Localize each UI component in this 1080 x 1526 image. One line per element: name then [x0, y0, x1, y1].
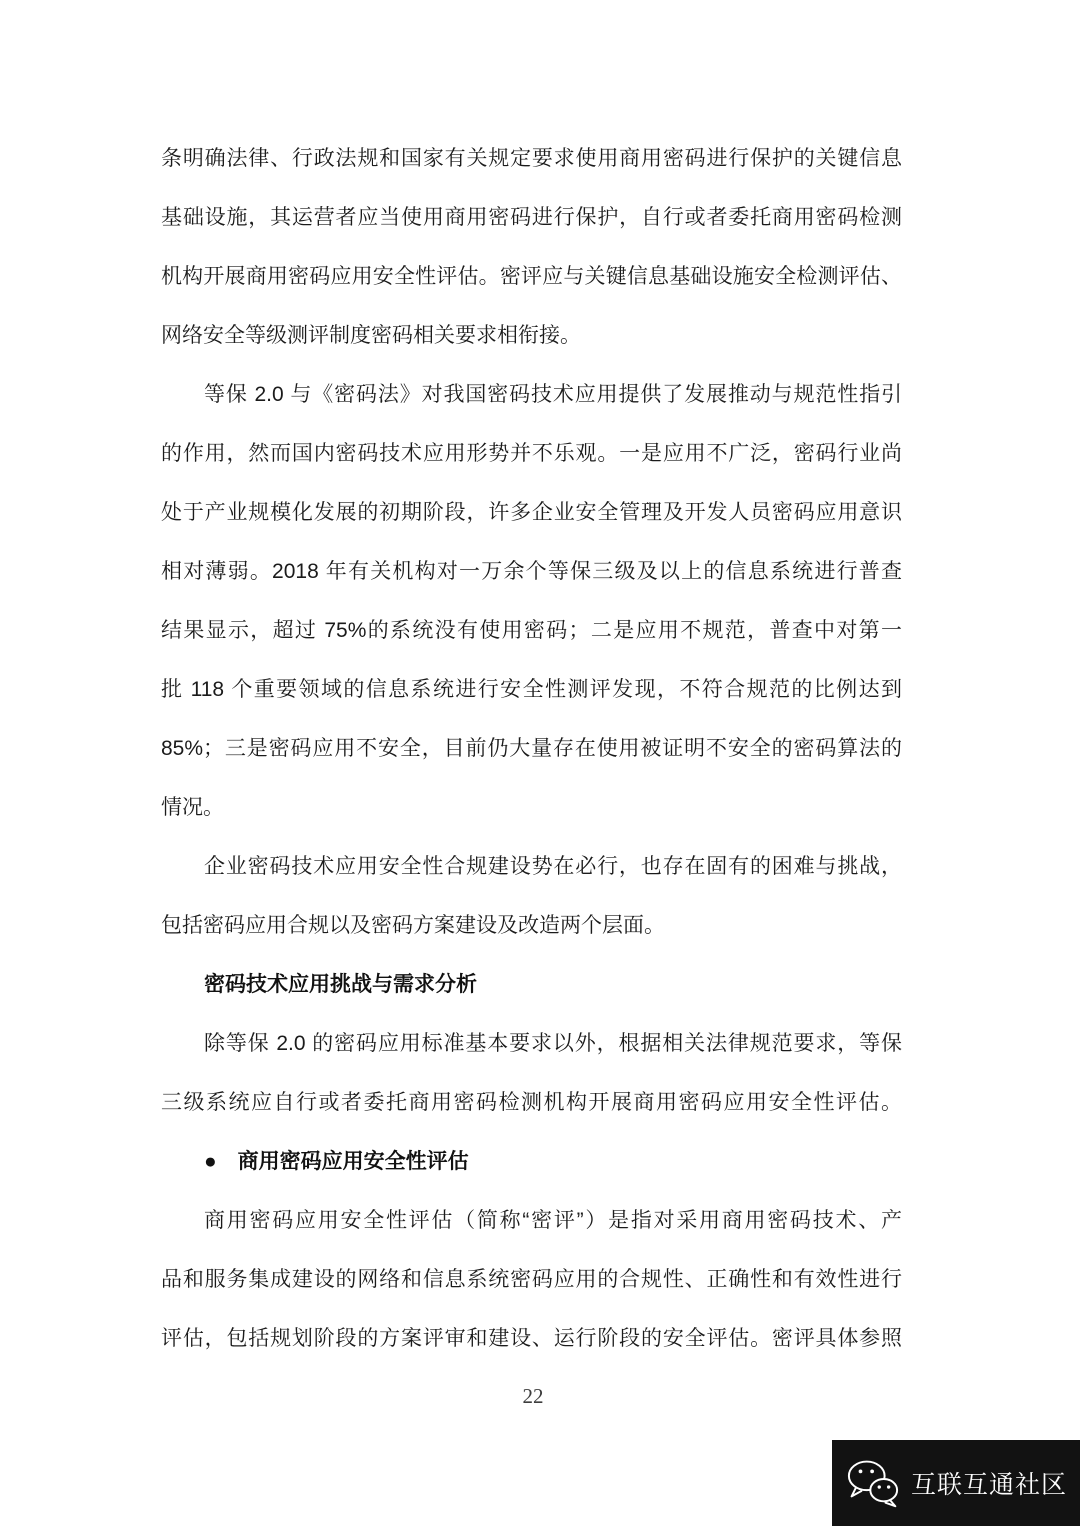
watermark-label: 互联互通社区 [911, 1465, 1067, 1501]
text-line: 结果显示，超过 75%的系统没有使用密码；二是应用不规范，普查中对第一 [161, 601, 902, 660]
bullet-heading: ● 商用密码应用安全性评估 [161, 1132, 902, 1191]
text-line: 网络安全等级测评制度密码相关要求相衔接。 [161, 306, 902, 365]
text-line: 企业密码技术应用安全性合规建设势在必行，也存在固有的困难与挑战， [161, 837, 902, 896]
text-line: 除等保 2.0 的密码应用标准基本要求以外，根据相关法律规范要求，等保 [161, 1014, 902, 1073]
text-line: 处于产业规模化发展的初期阶段，许多企业安全管理及开发人员密码应用意识 [161, 483, 902, 542]
section-heading: 密码技术应用挑战与需求分析 [161, 955, 902, 1014]
text-line: 机构开展商用密码应用安全性评估。密评应与关键信息基础设施安全检测评估、 [161, 247, 902, 306]
text-line: 相对薄弱。2018 年有关机构对一万余个等保三级及以上的信息系统进行普查 [161, 542, 902, 601]
text-line: 情况。 [161, 778, 902, 837]
text-line: 条明确法律、行政法规和国家有关规定要求使用商用密码进行保护的关键信息 [161, 129, 902, 188]
page-number: 22 [0, 1384, 1066, 1409]
text-line: 包括密码应用合规以及密码方案建设及改造两个层面。 [161, 896, 902, 955]
watermark: 互联互通社区 [832, 1440, 1080, 1526]
text-line: 评估，包括规划阶段的方案评审和建设、运行阶段的安全评估。密评具体参照 [161, 1309, 902, 1368]
text-line: 品和服务集成建设的网络和信息系统密码应用的合规性、正确性和有效性进行 [161, 1250, 902, 1309]
text-line: 批 118 个重要领域的信息系统进行安全性测评发现，不符合规范的比例达到 [161, 660, 902, 719]
text-line: 85%；三是密码应用不安全，目前仍大量存在使用被证明不安全的密码算法的 [161, 719, 902, 778]
text-line: 三级系统应自行或者委托商用密码检测机构开展商用密码应用安全性评估。 [161, 1073, 902, 1132]
document-page: 条明确法律、行政法规和国家有关规定要求使用商用密码进行保护的关键信息 基础设施，… [0, 0, 1080, 1526]
text-line: 商用密码应用安全性评估（简称“密评”）是指对采用商用密码技术、产 [161, 1191, 902, 1250]
wechat-icon [844, 1458, 902, 1508]
text-line: 基础设施，其运营者应当使用商用密码进行保护，自行或者委托商用密码检测 [161, 188, 902, 247]
text-line: 的作用，然而国内密码技术应用形势并不乐观。一是应用不广泛，密码行业尚 [161, 424, 902, 483]
text-line: 等保 2.0 与《密码法》对我国密码技术应用提供了发展推动与规范性指引 [161, 365, 902, 424]
body-text: 条明确法律、行政法规和国家有关规定要求使用商用密码进行保护的关键信息 基础设施，… [161, 129, 902, 1368]
